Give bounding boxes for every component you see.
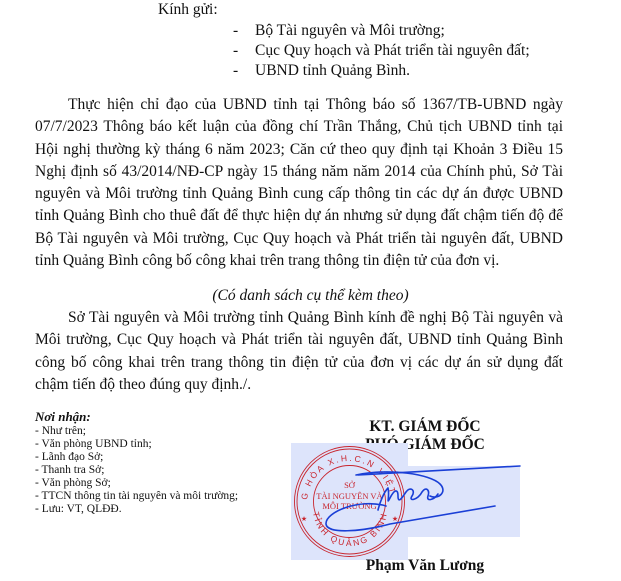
recipient-text: Bộ Tài nguyên và Môi trường; — [255, 22, 445, 39]
greeting-label: Kính gửi: — [158, 0, 218, 20]
body-paragraph-2: Sở Tài nguyên và Môi trường tỉnh Quảng B… — [35, 307, 563, 396]
recipient-item: -Bộ Tài nguyên và Môi trường; — [233, 21, 445, 41]
signature-title-line1: KT. GIÁM ĐỐC — [360, 418, 490, 436]
signer-name: Phạm Văn Lương — [360, 557, 490, 575]
handwritten-signature — [320, 462, 525, 542]
recipients-list-item: - TTCN thông tin tài nguyên và môi trườn… — [35, 490, 238, 503]
recipient-item: -Cục Quy hoạch và Phát triển tài nguyên … — [233, 41, 530, 61]
recipients-list-item: - Thanh tra Sở; — [35, 464, 104, 477]
recipients-list-item: - Lãnh đạo Sở; — [35, 451, 103, 464]
recipient-text: Cục Quy hoạch và Phát triển tài nguyên đ… — [255, 42, 530, 59]
attachment-note: (Có danh sách cụ thể kèm theo) — [0, 286, 621, 306]
recipients-list-item: - Lưu: VT, QLĐĐ. — [35, 503, 122, 516]
recipient-text: UBND tỉnh Quảng Bình. — [255, 62, 410, 79]
recipient-item: -UBND tỉnh Quảng Bình. — [233, 61, 410, 81]
dash: - — [233, 21, 255, 41]
recipients-list-item: - Văn phòng UBND tỉnh; — [35, 438, 152, 451]
recipients-list-item: - Văn phòng Sở; — [35, 477, 111, 490]
recipients-list-item: - Như trên; — [35, 425, 86, 438]
dash: - — [233, 41, 255, 61]
body-paragraph-1: Thực hiện chỉ đạo của UBND tỉnh tại Thôn… — [35, 94, 563, 272]
recipients-list-title: Nơi nhận: — [35, 409, 91, 424]
star-icon: ★ — [301, 515, 307, 523]
dash: - — [233, 61, 255, 81]
